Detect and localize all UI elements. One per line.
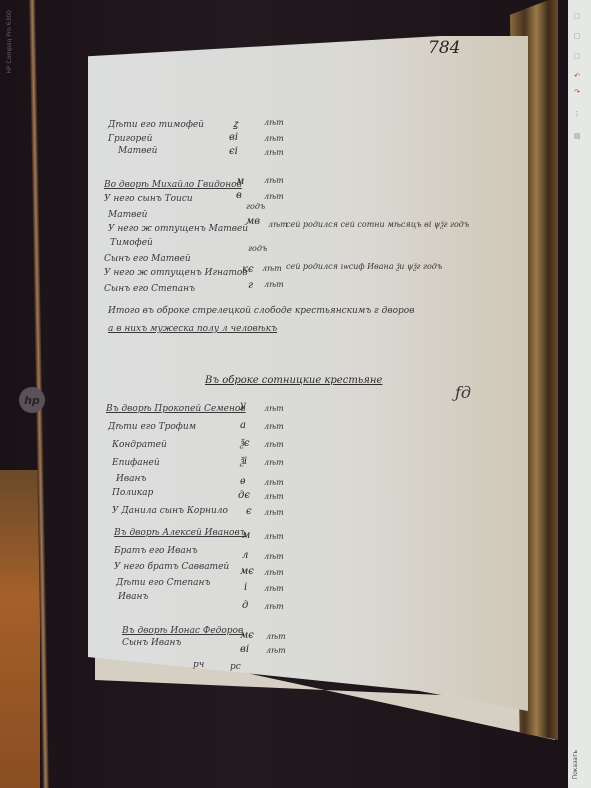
entry-unit: лѣт (264, 492, 284, 501)
entry-name: У него сынъ Тоиси (104, 194, 193, 204)
entry-unit: лѣт (264, 280, 284, 289)
entry-name: Епифаней (112, 458, 160, 468)
entry-age: у (240, 400, 246, 411)
entry-name: Поликар (112, 488, 153, 498)
entry-age: м (242, 530, 250, 541)
footer-mark: рс (230, 662, 241, 672)
entry-name: Матвей (108, 210, 147, 220)
panel-icon[interactable]: ▤ (572, 132, 582, 140)
entry-age: і (244, 582, 247, 593)
entry-age: л (242, 550, 248, 561)
margin-note: ƒд (455, 383, 471, 402)
entry-unit: лѣт (264, 478, 284, 487)
entry-age: є (246, 506, 252, 517)
entry-name: У него ж отпущенъ Матвей (108, 224, 248, 234)
monitor-model-label: HP Compaq Pro 6300 (6, 10, 13, 74)
entry-name: У него братъ Савватей (114, 562, 229, 572)
entry-name: Братъ его Иванъ (114, 546, 198, 556)
entry-name: Кондратей (112, 440, 167, 450)
entry-unit: лѣт (264, 134, 284, 143)
entry-name: Въ дворѣ Прокопей Семенов (106, 404, 246, 414)
more-icon[interactable]: ⋮ (572, 110, 582, 118)
entry-unit: лѣт (262, 264, 282, 273)
entry-unit: лѣт (266, 632, 286, 641)
toolbar-icon-3[interactable]: ▢ (572, 52, 582, 60)
show-button[interactable]: Показать (572, 750, 579, 779)
entry-age: єі (229, 146, 238, 157)
entry-name: Сынъ Иванъ (122, 638, 181, 648)
entry-name: Дѣти его тимофей (108, 120, 204, 130)
hp-logo-icon: hp (19, 387, 45, 413)
entry-unit: лѣт (264, 192, 284, 201)
entry-unit: лѣт (264, 176, 284, 185)
entry-age: ві (240, 644, 249, 655)
entry-age: ѯє (240, 438, 250, 449)
entry-age: а (240, 420, 246, 431)
entry-name: Матвей (118, 146, 157, 156)
entry-unit: лѣт (264, 148, 284, 157)
entry-unit: лѣт (266, 646, 286, 655)
year-mark: годъ (246, 202, 265, 211)
entry-unit: лѣт (264, 584, 284, 593)
entry-name: У него ж отпущенъ Игнатов (104, 268, 248, 278)
birth-note: сей родился ιѡсиф Ивана ѯи ψѯг годъ (286, 262, 442, 271)
entry-unit: лѣт (264, 440, 284, 449)
entry-age: м (236, 176, 244, 187)
entry-age: ѳ (240, 476, 246, 487)
entry-age: в (236, 190, 242, 201)
entry-age: ꙁ (233, 116, 238, 130)
entry-name: Иванъ (116, 474, 146, 484)
entry-unit: лѣт (264, 508, 284, 517)
year-mark: годъ (248, 244, 267, 253)
summary-line-1: Итого въ оброке стрелецкой слободе крест… (108, 306, 414, 316)
entry-name: Въ дворѣ Алексей Ивановъ (114, 528, 246, 538)
entry-name: Во дворѣ Михайло Гвидонов (104, 180, 242, 190)
entry-unit: лѣт (264, 422, 284, 431)
entry-age: мє (240, 630, 254, 641)
entry-unit: лѣт (264, 568, 284, 577)
entry-age: г (248, 280, 253, 291)
entry-name: Иванъ (118, 592, 148, 602)
entry-name: Въ дворѣ Ионас Федоров (122, 626, 243, 636)
entry-age: мв (246, 216, 260, 227)
entry-name: Григорей (108, 134, 152, 144)
manuscript-page (88, 36, 528, 711)
entry-name: У Данила сынъ Корнило (112, 506, 228, 516)
entry-unit: лѣт (264, 602, 284, 611)
footer-mark: рч (193, 660, 204, 670)
folio-number: 784 (428, 38, 460, 58)
entry-unit: лѣт (264, 118, 284, 127)
entry-name: Сынъ его Матвей (104, 254, 191, 264)
toolbar-icon-2[interactable]: ▢ (572, 32, 582, 40)
entry-name: Тимофей (110, 238, 153, 248)
entry-unit: лѣт (264, 458, 284, 467)
toolbar-icon-1[interactable]: ▢ (572, 12, 582, 20)
entry-unit: лѣт (264, 404, 284, 413)
side-toolbar (568, 0, 591, 788)
entry-name: Дѣти его Трофим (108, 422, 196, 432)
entry-unit: лѣт (264, 552, 284, 561)
entry-age: ві (229, 132, 238, 143)
rotate-right-icon[interactable]: ↷ (572, 88, 582, 96)
rotate-left-icon[interactable]: ↶ (572, 72, 582, 80)
entry-unit: лѣт (264, 532, 284, 541)
entry-age: д (242, 600, 248, 611)
entry-age: дє (238, 490, 250, 501)
entry-name: Сынъ его Степанъ (104, 284, 195, 294)
desk-background (0, 470, 40, 788)
entry-age: ѯі (240, 456, 247, 467)
entry-age: мє (240, 566, 254, 577)
summary-line-2: а в нихъ мужеска полу л человѣкъ (108, 324, 277, 334)
section-title: Въ оброке сотницкие крестьяне (205, 375, 382, 386)
entry-unit: лѣт (268, 220, 288, 229)
birth-note: сей родился сей сотни мѣсяцъ ві ψѯг годъ (286, 220, 469, 229)
entry-name: Дѣти его Степанъ (116, 578, 210, 588)
